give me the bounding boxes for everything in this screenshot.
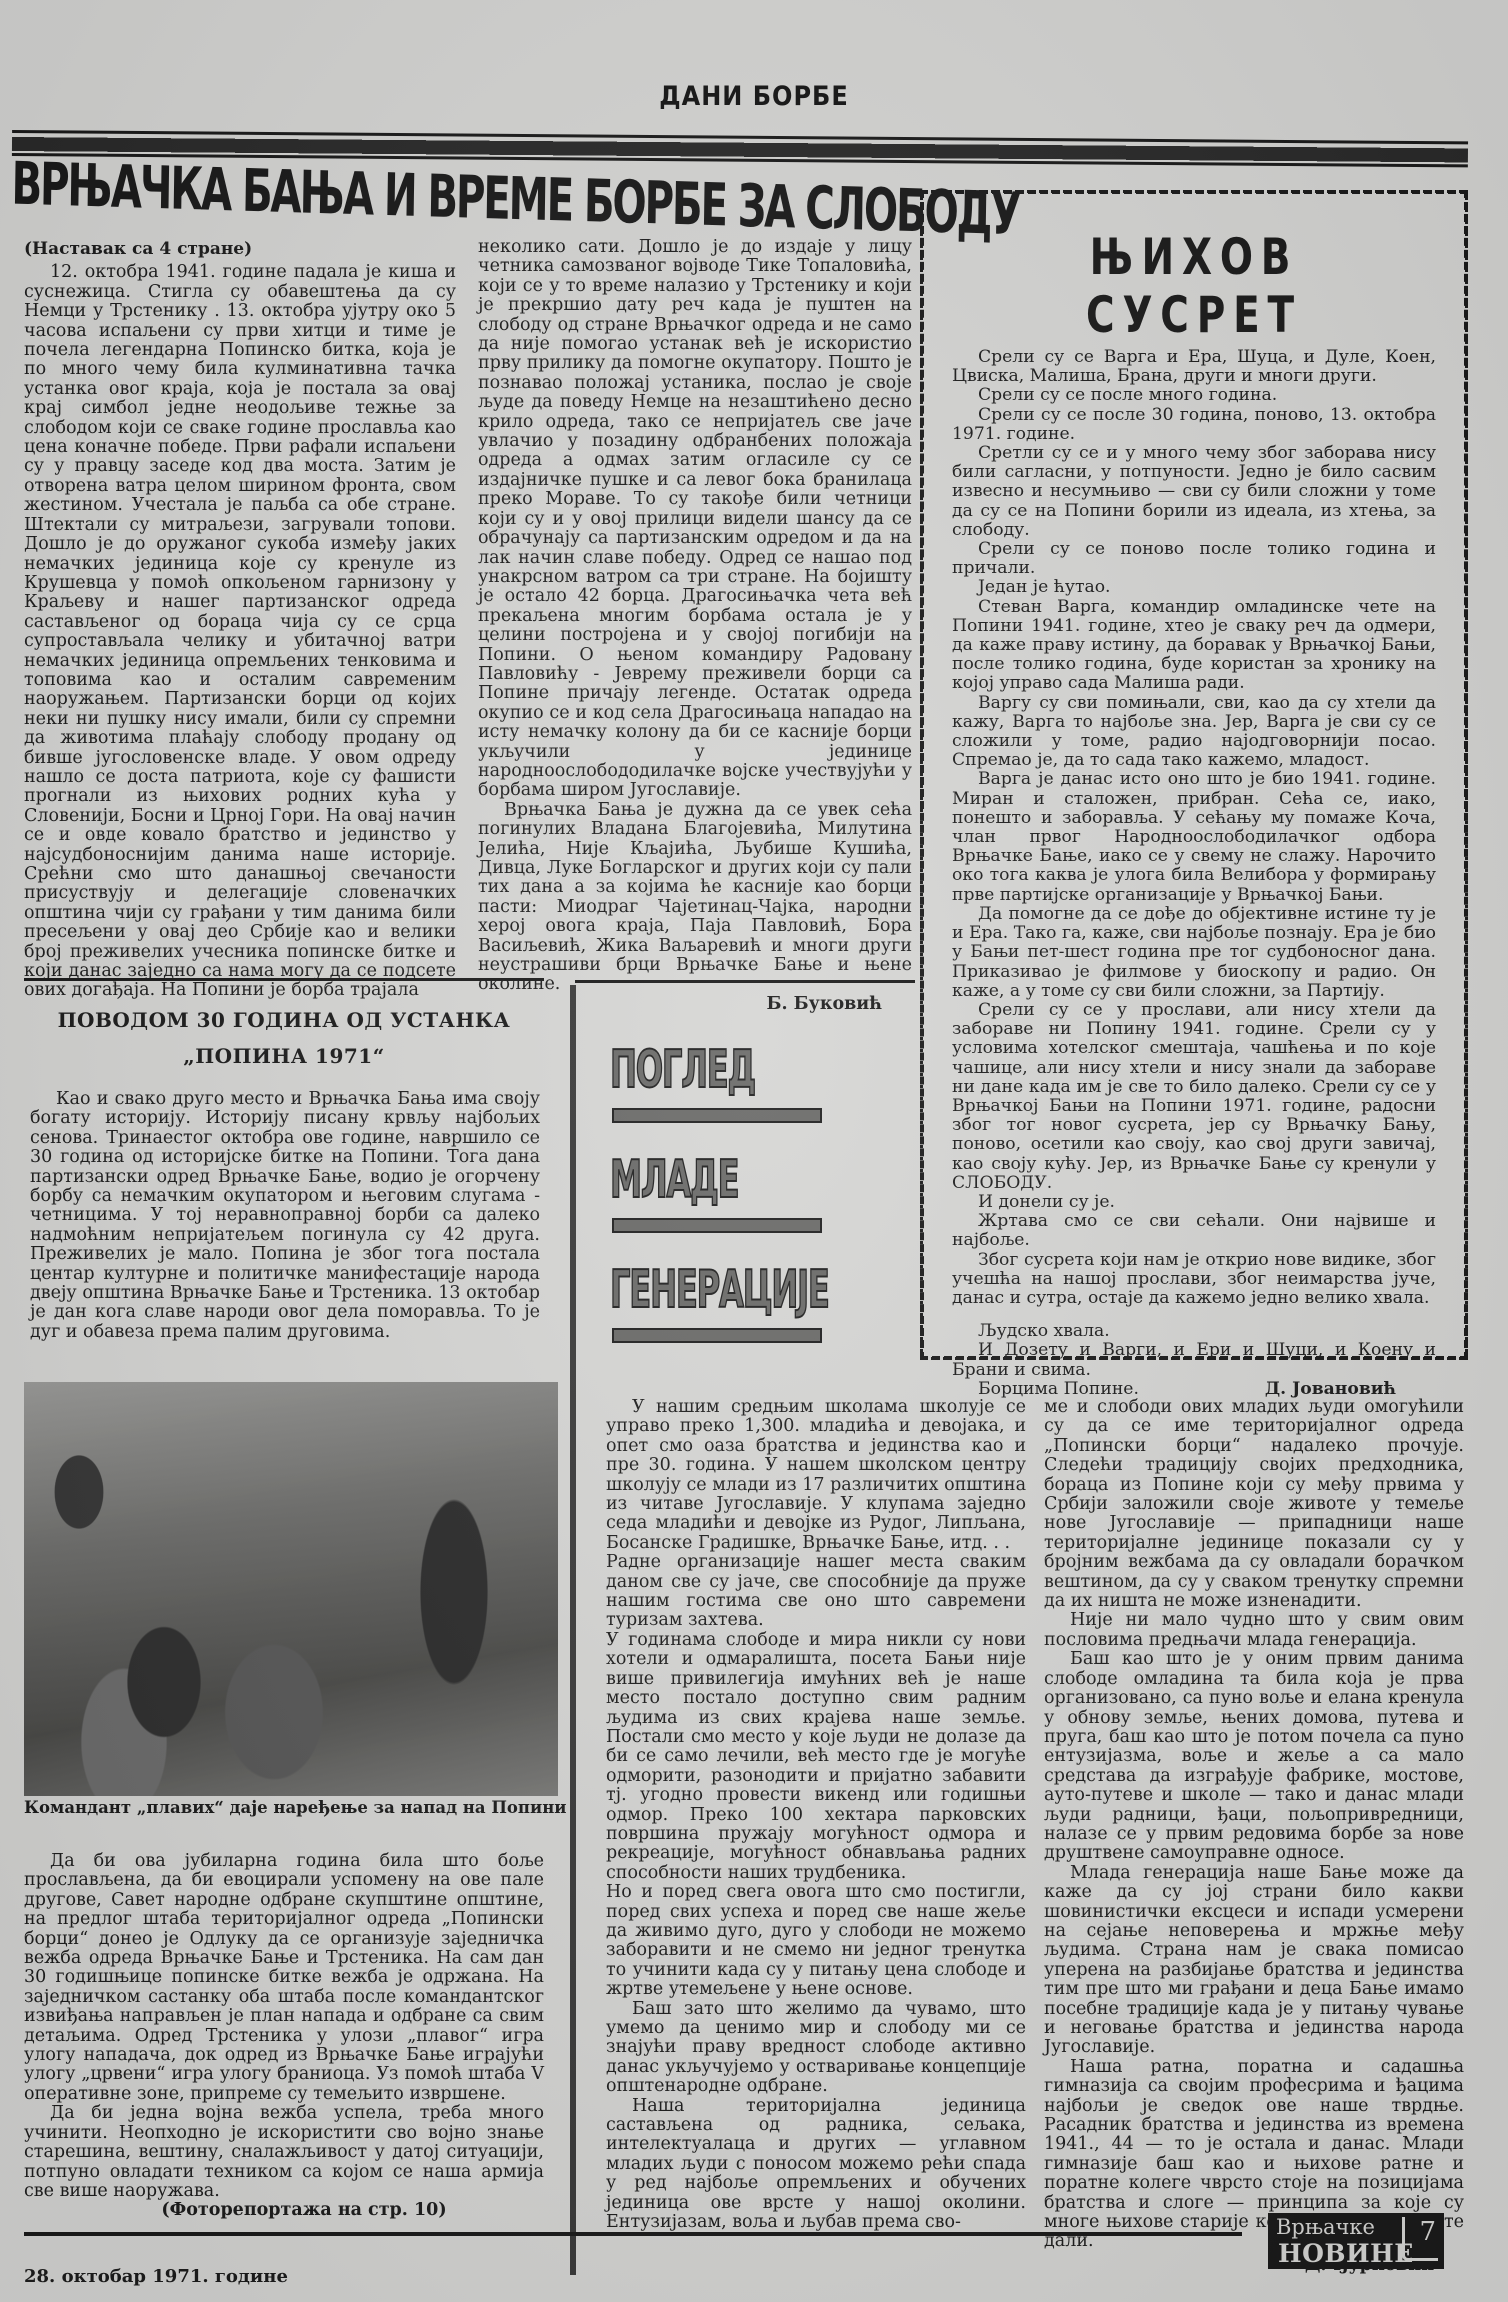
boxed-article-paragraph: Срели су се у прослави, али нису хтели д… bbox=[952, 1001, 1436, 1193]
divider-rule bbox=[24, 978, 544, 981]
boxed-article-paragraph: Срели су се после 30 година, поново, 13.… bbox=[952, 406, 1436, 444]
main-headline: ВРЊАЧКА БАЊА И ВРЕМЕ БОРБЕ ЗА СЛОБОДУ bbox=[11, 150, 660, 238]
feature-title-line-2: МЛАДЕ bbox=[610, 1150, 771, 1210]
youth-paragraph: Млада генерација наше Бање може да каже … bbox=[1044, 1864, 1464, 2058]
boxed-article-paragraph: Срели су се Варга и Ера, Шуца, и Дуле, К… bbox=[952, 348, 1436, 386]
main-article-paragraph: неколико сати. Дошло је до издаје у лицу… bbox=[478, 238, 912, 801]
boxed-article-paragraph: Сретли су се и у много чему због заборав… bbox=[952, 444, 1436, 540]
feature-title-line-1: ПОГЛЕД bbox=[610, 1040, 771, 1100]
youth-paragraph: ме и слободи ових младих људи омогућили … bbox=[1044, 1398, 1464, 1611]
youth-paragraph: У годинама слободе и мира никли су нови … bbox=[606, 1631, 1026, 1883]
youth-paragraph: У нашим средњим школама школује се управ… bbox=[606, 1398, 1026, 1553]
anniversary-continued: Да би ова јубиларна година била што боље… bbox=[24, 1852, 544, 2221]
boxed-article-paragraph: Жртава смо се сви сећали. Они највише и … bbox=[952, 1212, 1436, 1250]
boxed-article-paragraph: Један је ћутао. bbox=[952, 578, 1436, 597]
issue-date: 28. октобар 1971. године bbox=[24, 2266, 288, 2287]
anniversary-kicker: ПОВОДОМ 30 ГОДИНА ОД УСТАНКА bbox=[24, 1008, 544, 1032]
section-label: ДАНИ БОРБЕ bbox=[0, 81, 1508, 112]
youth-paragraph: Радне организације нашег места сваким да… bbox=[606, 1553, 1026, 1631]
photo-soldiers-in-field bbox=[24, 1382, 558, 1796]
boxed-article-paragraph: Да помогне да се дође до објективне исти… bbox=[952, 905, 1436, 1001]
feature-title-underline bbox=[612, 1108, 822, 1123]
main-article-paragraph: Врњачка Бања је дужна да се увек сећа по… bbox=[478, 801, 912, 995]
feature-title-line-3: ГЕНЕРАЦИЈЕ bbox=[610, 1260, 771, 1320]
logo-line-2: НОВИНЕ bbox=[1278, 2239, 1414, 2268]
youth-paragraph: Није ни мало чудно што у свим овим посло… bbox=[1044, 1611, 1464, 1650]
anniversary-paragraph: Да би једна војна вежба успела, треба мн… bbox=[24, 2104, 544, 2201]
boxed-article-title: ЊИХОВ СУСРЕТ bbox=[980, 228, 1407, 344]
boxed-article-body: Срели су се Варга и Ера, Шуца, и Дуле, К… bbox=[952, 348, 1436, 1399]
boxed-article-paragraph: Људско хвала. bbox=[952, 1322, 1436, 1341]
continuation-label: (Наставак са 4 стране) bbox=[24, 240, 456, 259]
youth-paragraph: Баш зато што желимо да чувамо, што умемо… bbox=[606, 2000, 1026, 2097]
divider-rule bbox=[575, 980, 915, 983]
youth-article-column-1: У нашим средњим школама школује се управ… bbox=[606, 1398, 1026, 2232]
logo-line-1: Врњачке bbox=[1276, 2215, 1375, 2239]
anniversary-paragraph: Да би ова јубиларна година била што боље… bbox=[24, 1852, 544, 2104]
boxed-article-paragraph: И Дозету и Варги, и Ери и Шуци, и Коену … bbox=[952, 1341, 1436, 1379]
photo-report-note: (Фоторепортажа на стр. 10) bbox=[24, 2201, 544, 2220]
feature-title-underline bbox=[612, 1218, 822, 1233]
boxed-article-paragraph: И донели су је. bbox=[952, 1193, 1436, 1212]
boxed-article-paragraph: Срели су се поново после толико година и… bbox=[952, 540, 1436, 578]
boxed-article-paragraph: Због сусрета који нам је открио нове вид… bbox=[952, 1251, 1436, 1309]
boxed-article-paragraph: Стеван Варга, командир омладинске чете н… bbox=[952, 598, 1436, 694]
main-article-paragraph: 12. октобра 1941. године падала је киша … bbox=[24, 263, 456, 1000]
youth-article-column-2: ме и слободи ових младих људи омогућили … bbox=[1044, 1398, 1464, 2275]
anniversary-title: „ПОПИНА 1971“ bbox=[24, 1044, 544, 1068]
anniversary-intro: Као и свако друго место и Врњачка Бања и… bbox=[30, 1090, 540, 1342]
main-article-column-2: неколико сати. Дошло је до издаје у лицу… bbox=[478, 238, 912, 1014]
boxed-article-paragraph: Срели су се после много година. bbox=[952, 386, 1436, 405]
footer-rule bbox=[24, 2232, 1242, 2236]
anniversary-paragraph: Као и свако друго место и Врњачка Бања и… bbox=[30, 1090, 540, 1342]
feature-title-underline bbox=[612, 1328, 822, 1343]
newspaper-page: ДАНИ БОРБЕ ВРЊАЧКА БАЊА И ВРЕМЕ БОРБЕ ЗА… bbox=[0, 0, 1508, 2302]
photo-caption: Командант „плавих“ даје наређење за напа… bbox=[24, 1798, 558, 1817]
youth-paragraph: Наша територијална јединица састављена о… bbox=[606, 2097, 1026, 2233]
boxed-article-paragraph: Варгу су сви помињали, сви, као да су хт… bbox=[952, 694, 1436, 771]
column-divider bbox=[570, 985, 576, 2275]
boxed-article-paragraph: Варга је данас исто оно што је био 1941.… bbox=[952, 770, 1436, 904]
newspaper-logo: Врњачке НОВИНЕ 7 bbox=[1268, 2213, 1444, 2269]
youth-paragraph: Но и поред свега овога што смо постигли,… bbox=[606, 1883, 1026, 1999]
youth-paragraph: Баш као што је у оним првим данима слобо… bbox=[1044, 1650, 1464, 1863]
main-article-column-1: (Наставак са 4 стране) 12. октобра 1941.… bbox=[24, 240, 456, 1001]
page-number: 7 bbox=[1402, 2217, 1438, 2261]
